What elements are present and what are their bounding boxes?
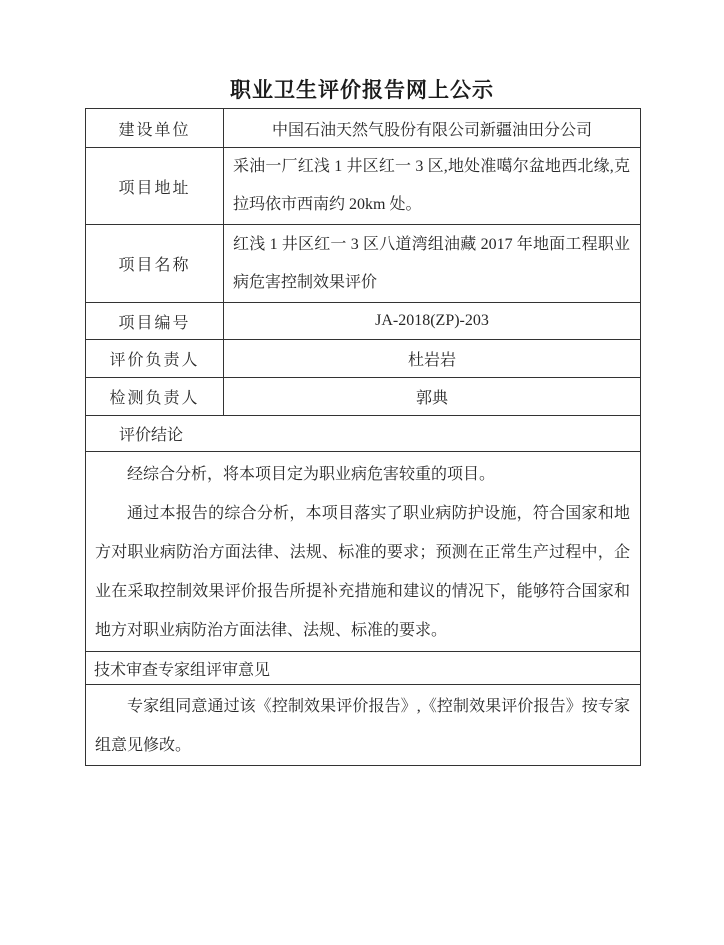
project-address-value: 采油一厂红浅 1 井区红一 3 区,地处准噶尔盆地西北缘,克拉玛依市西南约 20… (224, 148, 641, 225)
review-header: 技术审查专家组评审意见 (86, 652, 641, 685)
review-body: 专家组同意通过该《控制效果评价报告》,《控制效果评价报告》按专家组意见修改。 (86, 685, 641, 766)
project-name-label: 项目名称 (86, 225, 224, 303)
construction-unit-label: 建设单位 (86, 109, 224, 148)
report-table: 建设单位 中国石油天然气股份有限公司新疆油田分公司 项目地址 采油一厂红浅 1 … (85, 108, 641, 766)
table-row-review-body: 专家组同意通过该《控制效果评价报告》,《控制效果评价报告》按专家组意见修改。 (86, 685, 641, 766)
evaluation-leader-value: 杜岩岩 (224, 340, 641, 378)
evaluation-leader-label: 评价负责人 (86, 340, 224, 378)
table-row-review-header: 技术审查专家组评审意见 (86, 652, 641, 685)
project-name-value: 红浅 1 井区红一 3 区八道湾组油藏 2017 年地面工程职业病危害控制效果评… (224, 225, 641, 303)
construction-unit-value: 中国石油天然气股份有限公司新疆油田分公司 (224, 109, 641, 148)
table-row-conclusion-header: 评价结论 (86, 416, 641, 452)
document-page: 职业卫生评价报告网上公示 建设单位 中国石油天然气股份有限公司新疆油田分公司 项… (0, 0, 724, 945)
table-row-evaluation-leader: 评价负责人 杜岩岩 (86, 340, 641, 378)
table-row-testing-leader: 检测负责人 郭典 (86, 378, 641, 416)
table-row-project-address: 项目地址 采油一厂红浅 1 井区红一 3 区,地处准噶尔盆地西北缘,克拉玛依市西… (86, 148, 641, 225)
conclusion-header: 评价结论 (86, 416, 641, 452)
conclusion-paragraph: 通过本报告的综合分析，本项目落实了职业病防护设施，符合国家和地方对职业病防治方面… (95, 494, 630, 650)
project-number-label: 项目编号 (86, 303, 224, 340)
review-paragraph: 专家组同意通过该《控制效果评价报告》,《控制效果评价报告》按专家组意见修改。 (95, 687, 630, 765)
testing-leader-label: 检测负责人 (86, 378, 224, 416)
table-row-construction-unit: 建设单位 中国石油天然气股份有限公司新疆油田分公司 (86, 109, 641, 148)
project-number-value: JA-2018(ZP)-203 (224, 303, 641, 340)
table-row-project-name: 项目名称 红浅 1 井区红一 3 区八道湾组油藏 2017 年地面工程职业病危害… (86, 225, 641, 303)
conclusion-paragraph: 经综合分析，将本项目定为职业病危害较重的项目。 (95, 455, 630, 494)
page-title: 职业卫生评价报告网上公示 (0, 74, 724, 104)
project-address-label: 项目地址 (86, 148, 224, 225)
table-row-conclusion-body: 经综合分析，将本项目定为职业病危害较重的项目。 通过本报告的综合分析，本项目落实… (86, 452, 641, 652)
conclusion-body: 经综合分析，将本项目定为职业病危害较重的项目。 通过本报告的综合分析，本项目落实… (86, 452, 641, 652)
testing-leader-value: 郭典 (224, 378, 641, 416)
table-row-project-number: 项目编号 JA-2018(ZP)-203 (86, 303, 641, 340)
